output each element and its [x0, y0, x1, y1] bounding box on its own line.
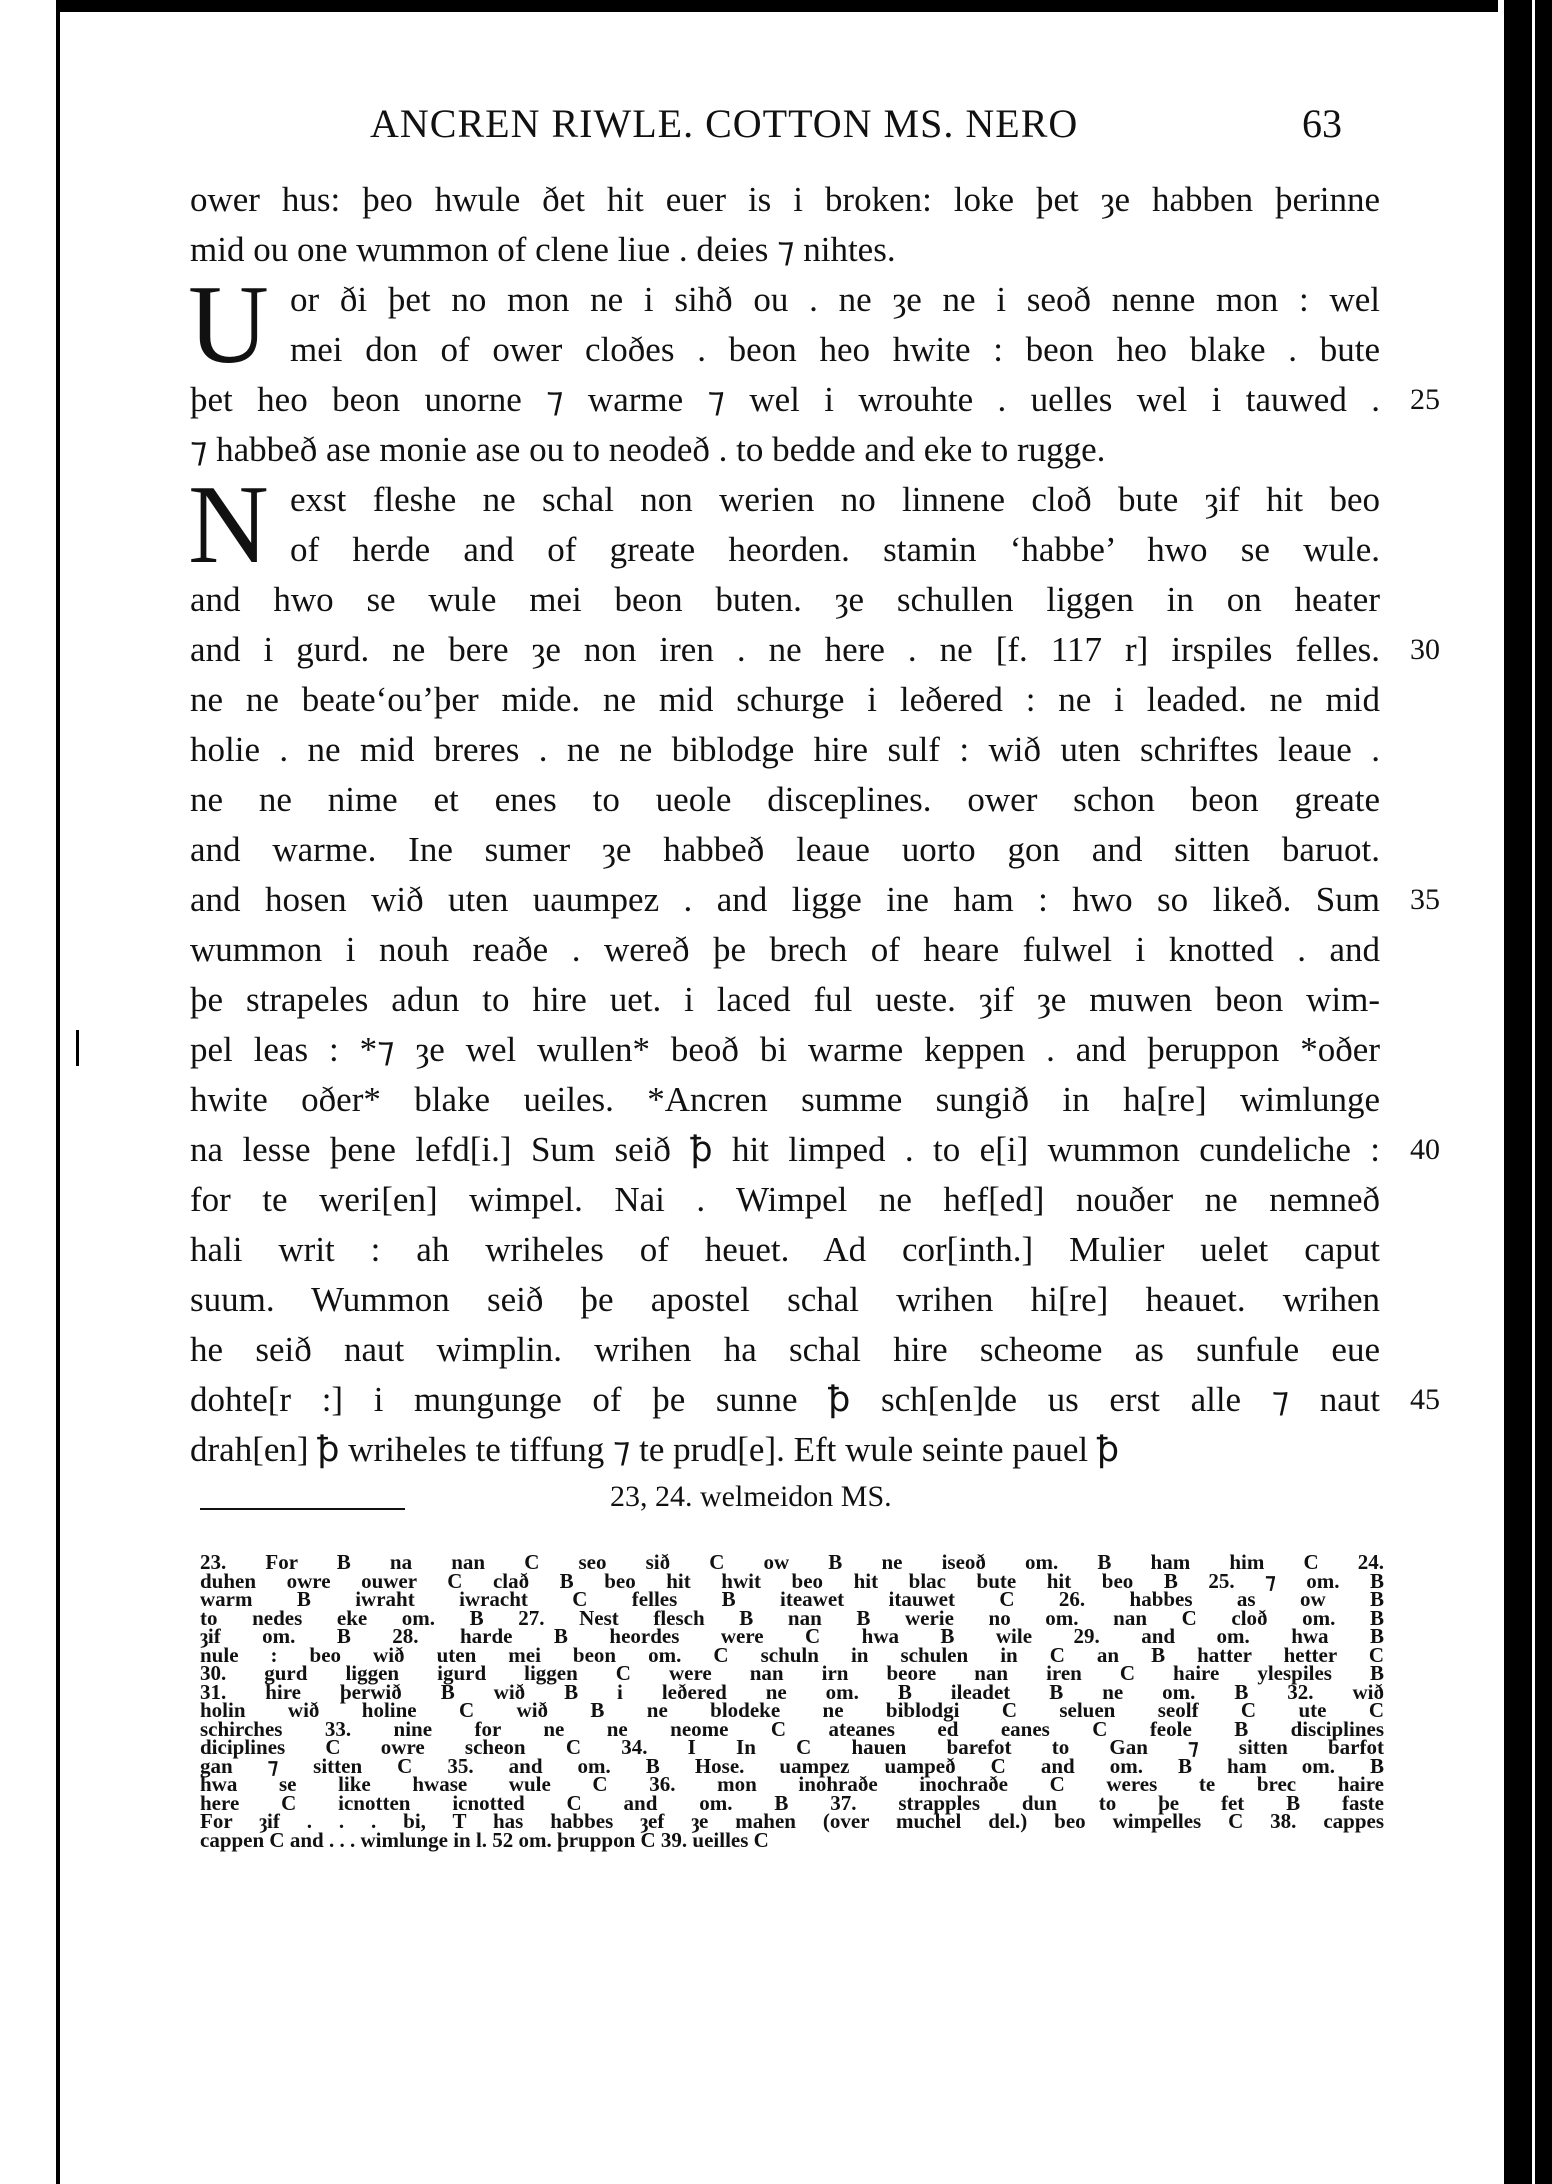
text-line: wummon i nouh reaðe . wereð þe brech of … — [190, 925, 1380, 975]
line-number: 25 — [1410, 375, 1440, 425]
text-line: holie . ne mid breres . ne ne biblodge h… — [190, 725, 1380, 775]
text-line-content: and warme. Ine sumer ȝe habbeð leaue uor… — [190, 830, 1380, 869]
text-line-content: þe strapeles adun to hire uet. i laced f… — [190, 980, 1380, 1019]
page-number: 63 — [1302, 100, 1342, 147]
text-line-content: na lesse þene lefd[i.] Sum seið ꝥ hit li… — [190, 1130, 1380, 1169]
text-line: drah[en] ꝥ wriheles te tiffung ⁊ te prud… — [190, 1425, 1380, 1475]
scanned-page: ANCREN RIWLE. COTTON MS. NERO 63 ower hu… — [0, 0, 1552, 2184]
margin-mark — [76, 1030, 79, 1066]
text-line-content: mid ou one wummon of clene liue . deies … — [190, 230, 896, 269]
text-line: ower hus: þeo hwule ðet hit euer is i br… — [190, 175, 1380, 225]
text-line: and hwo se wule mei beon buten. ȝe schul… — [190, 575, 1380, 625]
text-line: þet heo beon unorne ⁊ warme ⁊ wel i wrou… — [190, 375, 1380, 425]
text-line-content: exst fleshe ne schal non werien no linne… — [290, 480, 1380, 519]
line-number: 45 — [1410, 1375, 1440, 1425]
textual-note: 23, 24. welmeidon MS. — [610, 1480, 892, 1514]
text-line: he seið naut wimplin. wrihen ha schal hi… — [190, 1325, 1380, 1375]
text-line: hali writ : ah wriheles of heuet. Ad cor… — [190, 1225, 1380, 1275]
line-number: 30 — [1410, 625, 1440, 675]
text-line: na lesse þene lefd[i.] Sum seið ꝥ hit li… — [190, 1125, 1380, 1175]
text-line: þe strapeles adun to hire uet. i laced f… — [190, 975, 1380, 1025]
text-line-content: or ði þet no mon ne i sihð ou . ne ȝe ne… — [290, 280, 1380, 319]
text-line: Nexst fleshe ne schal non werien no linn… — [190, 475, 1380, 525]
running-head: ANCREN RIWLE. COTTON MS. NERO 63 — [370, 100, 1370, 160]
text-line-content: suum. Wummon seið þe apostel schal wrihe… — [190, 1280, 1380, 1319]
text-line-content: pel leas : *⁊ ȝe wel wullen* beoð bi war… — [190, 1030, 1380, 1069]
text-line: ne ne beate‘ou’þer mide. ne mid schurge … — [190, 675, 1380, 725]
text-line: dohte[r :] i mungunge of þe sunne ꝥ sch[… — [190, 1375, 1380, 1425]
footnote-rule — [200, 1508, 405, 1510]
main-text: ower hus: þeo hwule ðet hit euer is i br… — [190, 175, 1380, 1475]
text-line: and i gurd. ne bere ȝe non iren . ne her… — [190, 625, 1380, 675]
scan-border-right — [1504, 0, 1552, 2184]
text-line-content: and hosen wið uten uaumpez . and ligge i… — [190, 880, 1380, 919]
line-number: 35 — [1410, 875, 1440, 925]
text-line: Uor ði þet no mon ne i sihð ou . ne ȝe n… — [190, 275, 1380, 325]
text-line-content: ne ne nime et enes to ueole disceplines.… — [190, 780, 1380, 819]
text-line: suum. Wummon seið þe apostel schal wrihe… — [190, 1275, 1380, 1325]
text-line-content: hwite oðer* blake ueiles. *Ancren summe … — [190, 1080, 1380, 1119]
running-title: ANCREN RIWLE. COTTON MS. NERO — [370, 100, 1078, 147]
text-line-content: ne ne beate‘ou’þer mide. ne mid schurge … — [190, 680, 1380, 719]
text-line-content: mei don of ower cloðes . beon heo hwite … — [290, 330, 1380, 369]
text-line-content: and i gurd. ne bere ȝe non iren . ne her… — [190, 630, 1380, 669]
text-line: and warme. Ine sumer ȝe habbeð leaue uor… — [190, 825, 1380, 875]
text-line: mid ou one wummon of clene liue . deies … — [190, 225, 1380, 275]
text-line: ne ne nime et enes to ueole disceplines.… — [190, 775, 1380, 825]
text-line-content: ⁊ habbeð ase monie ase ou to neodeð . to… — [190, 430, 1105, 469]
text-line: for te weri[en] wimpel. Nai . Wimpel ne … — [190, 1175, 1380, 1225]
text-line-content: hali writ : ah wriheles of heuet. Ad cor… — [190, 1230, 1380, 1269]
text-line-content: holie . ne mid breres . ne ne biblodge h… — [190, 730, 1380, 769]
text-line-content: and hwo se wule mei beon buten. ȝe schul… — [190, 580, 1380, 619]
text-line-content: for te weri[en] wimpel. Nai . Wimpel ne … — [190, 1180, 1380, 1219]
text-line: of herde and of greate heorden. stamin ‘… — [190, 525, 1380, 575]
text-line-content: dohte[r :] i mungunge of þe sunne ꝥ sch[… — [190, 1380, 1380, 1419]
text-line: mei don of ower cloðes . beon heo hwite … — [190, 325, 1380, 375]
text-line-content: of herde and of greate heorden. stamin ‘… — [290, 530, 1380, 569]
text-line-content: ower hus: þeo hwule ðet hit euer is i br… — [190, 180, 1380, 219]
text-line: hwite oðer* blake ueiles. *Ancren summe … — [190, 1075, 1380, 1125]
line-number: 40 — [1410, 1125, 1440, 1175]
text-line-content: he seið naut wimplin. wrihen ha schal hi… — [190, 1330, 1380, 1369]
text-line-content: wummon i nouh reaðe . wereð þe brech of … — [190, 930, 1380, 969]
text-line: pel leas : *⁊ ȝe wel wullen* beoð bi war… — [190, 1025, 1380, 1075]
text-line: ⁊ habbeð ase monie ase ou to neodeð . to… — [190, 425, 1380, 475]
text-line-content: þet heo beon unorne ⁊ warme ⁊ wel i wrou… — [190, 380, 1380, 419]
text-line: and hosen wið uten uaumpez . and ligge i… — [190, 875, 1380, 925]
footnote-line: cappen C and . . . wimlunge in l. 52 om.… — [200, 1831, 1384, 1850]
scan-border-left — [56, 0, 60, 2184]
scan-artifact-line — [1508, 120, 1510, 2160]
footnotes: 23. For B na nan C seo sið C ow B ne ise… — [200, 1553, 1384, 1849]
text-line-content: drah[en] ꝥ wriheles te tiffung ⁊ te prud… — [190, 1430, 1119, 1469]
scan-border-top — [58, 0, 1498, 12]
